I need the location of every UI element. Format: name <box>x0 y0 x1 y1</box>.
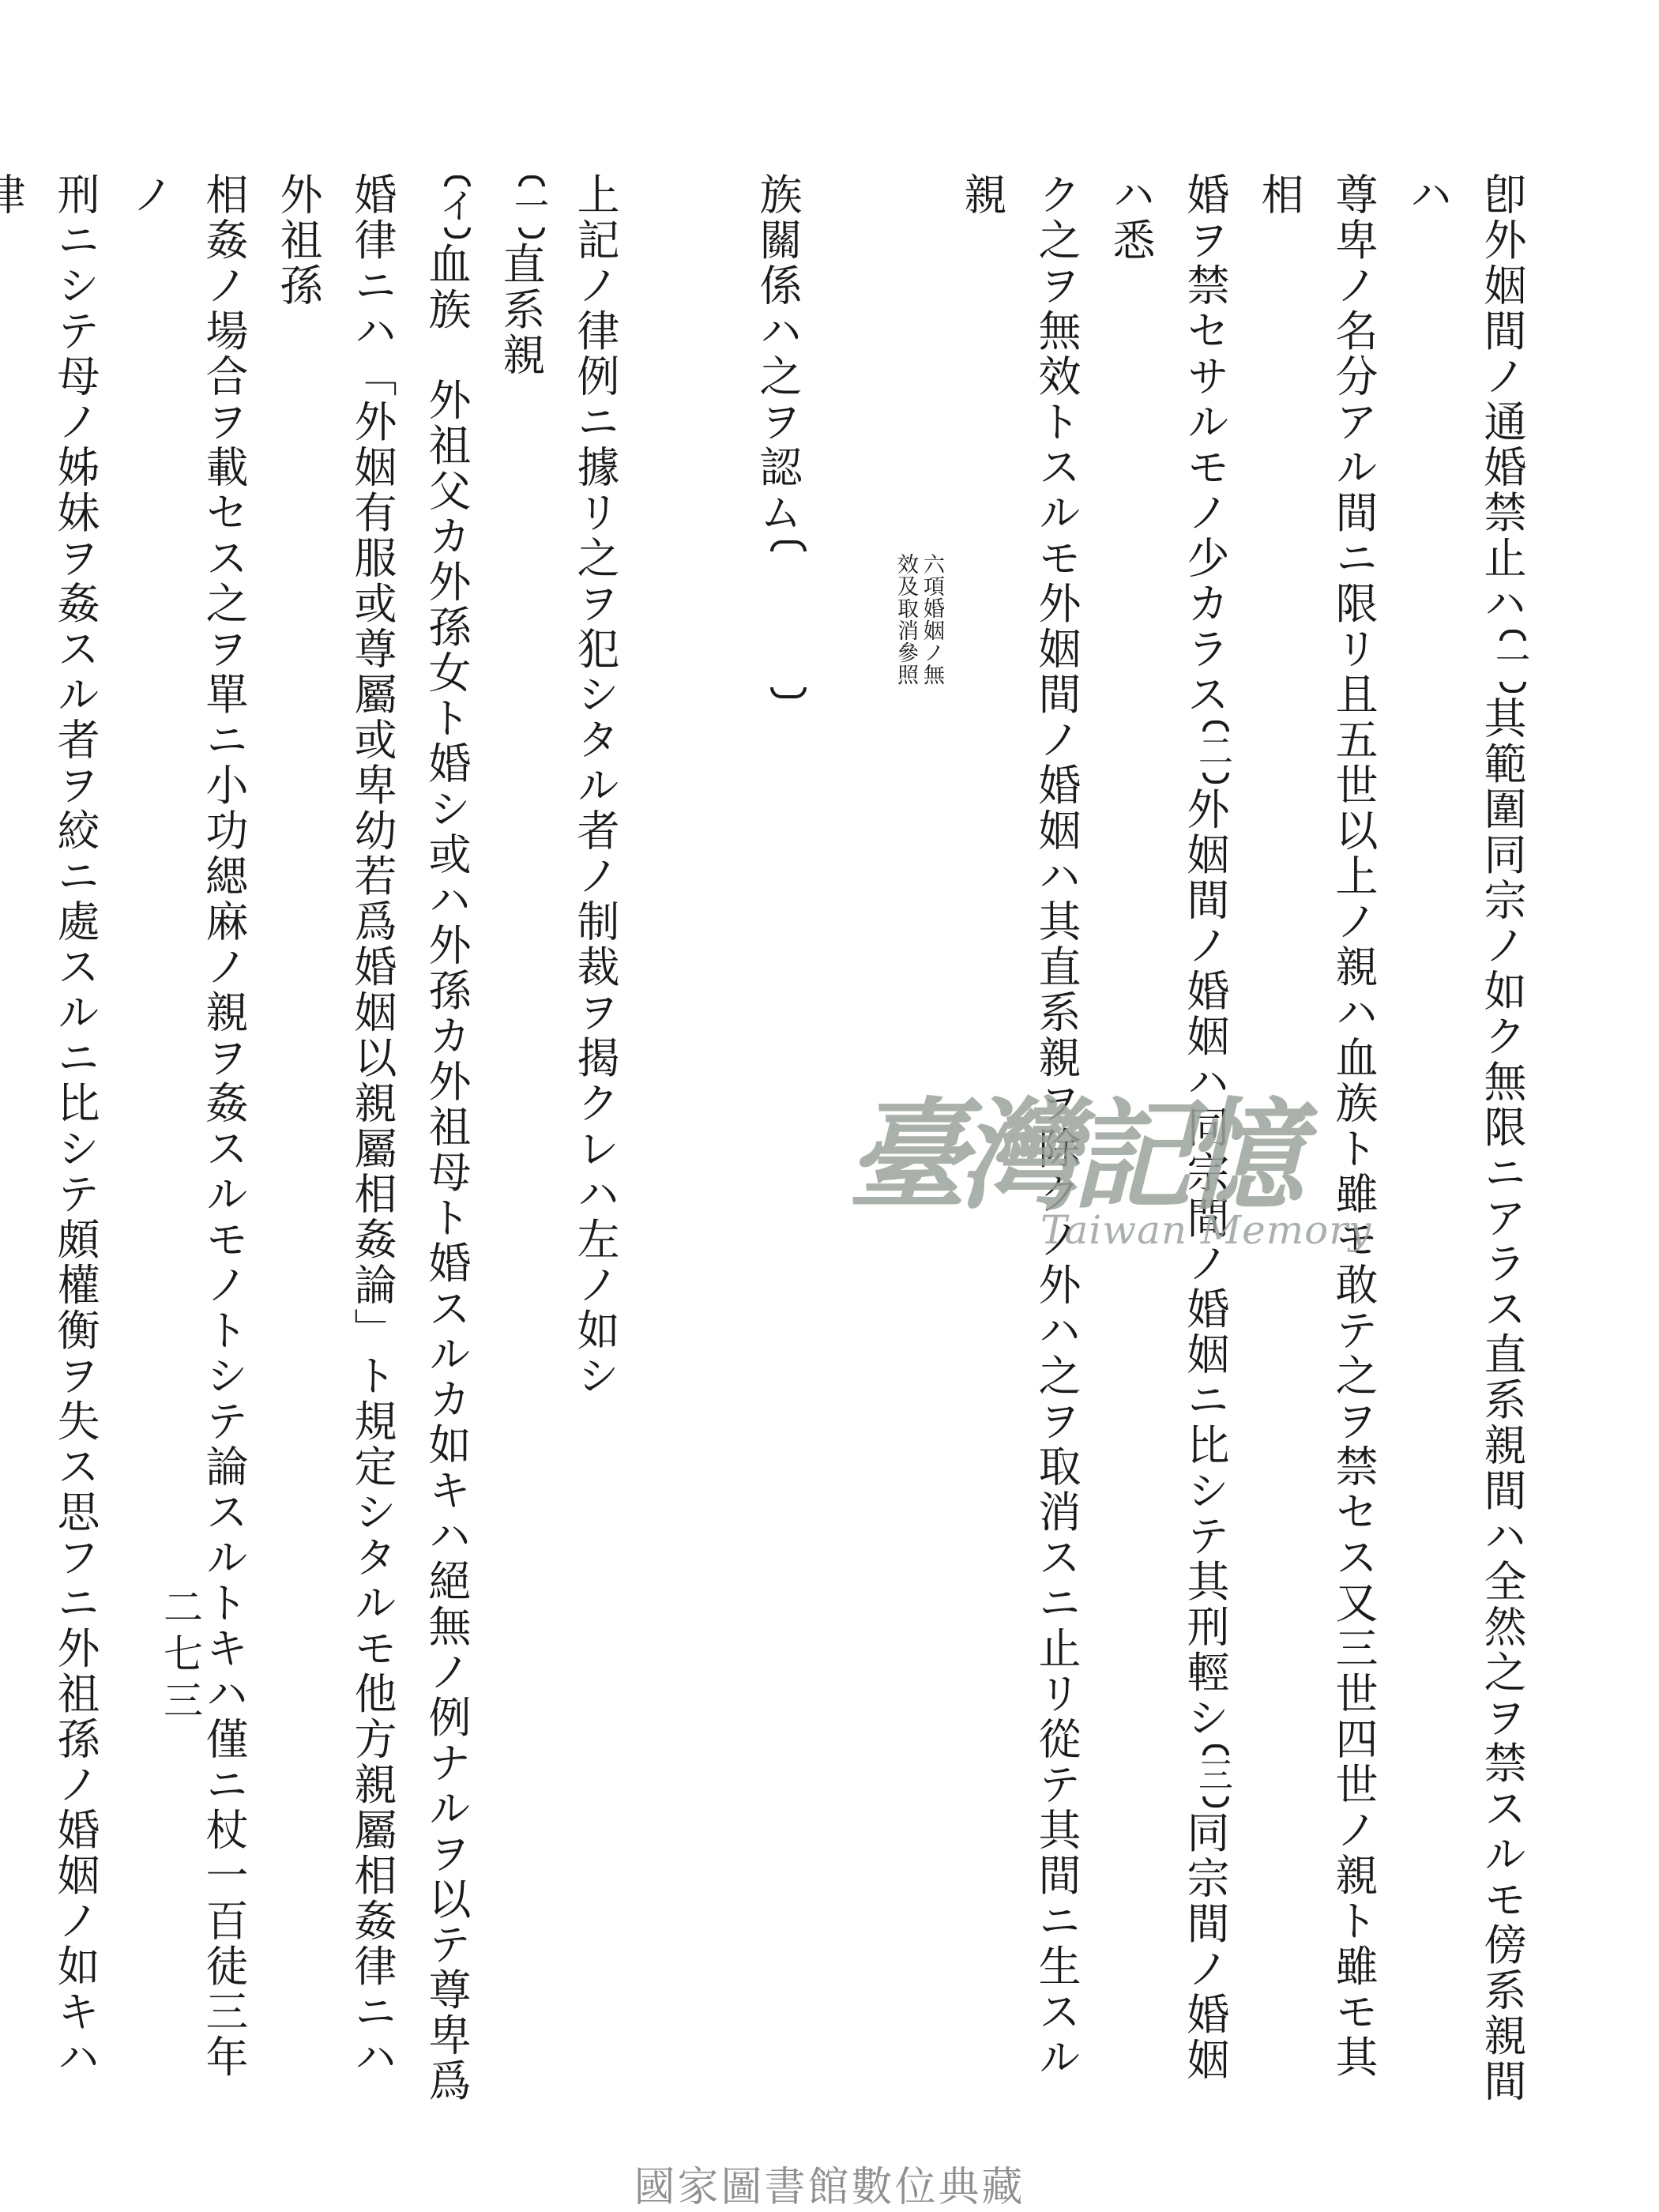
text-column-4: ク之ヲ無效トスルモ外姻間ノ婚姻ハ其直系親ヲ除クノ外ハ之ヲ取消スニ止リ從テ其間ニ生… <box>945 172 1093 2120</box>
parenthesized-number: 二 <box>1198 720 1233 784</box>
page-number: 二七三 <box>152 1586 209 1726</box>
text-column-1: 卽外姻間ノ通婚禁止ハ一其範圍同宗ノ如ク無限ニアラス直系親間ハ全然之ヲ禁スルモ傍系… <box>1390 172 1539 2120</box>
main-text-block: 卽外姻間ノ通婚禁止ハ一其範圍同宗ノ如ク無限ニアラス直系親間ハ全然之ヲ禁スルモ傍系… <box>0 172 1539 2120</box>
text-column-11: 刑ニシテ母ノ姊妹ヲ姦スル者ヲ絞ニ處スルニ比シテ頗權衡ヲ失ス思フニ外祖孫ノ婚姻ノ如… <box>0 172 112 2120</box>
interlinear-note: 六項婚姻ノ無效及取消參照 <box>632 540 945 698</box>
parenthesized-number: 一 <box>1495 630 1530 693</box>
text-column-10: 相姦ノ場合ヲ載セス之ヲ單ニ小功緦麻ノ親ヲ姦スルモノトシテ論スルトキハ僅ニ杖一百徒… <box>112 172 261 2120</box>
text-column-5: 族關係ハ之ヲ認ム六項婚姻ノ無效及取消參照 <box>632 172 945 2120</box>
text-column-3: 婚ヲ禁セサルモノ少カラス二外姻間ノ婚姻ハ同宗間ノ婚姻ニ比シテ其刑輕シ三同宗間ノ婚… <box>1093 172 1242 2120</box>
text-column-6: 上記ノ律例ニ據リ之ヲ犯シタル者ノ制裁ヲ揭クレハ左ノ如シ <box>558 172 632 2120</box>
text-column-8: イ血族外祖父カ外孫女ト婚シ或ハ外孫カ外祖母ト婚スルカ如キハ絕無ノ例ナルヲ以テ尊卑… <box>409 172 483 2120</box>
scanned-page: 卽外姻間ノ通婚禁止ハ一其範圍同宗ノ如ク無限ニアラス直系親間ハ全然之ヲ禁スルモ傍系… <box>0 0 1659 2212</box>
parenthesized-number: 一 <box>514 175 549 239</box>
parenthesized-number: イ <box>440 175 475 239</box>
library-footer: 國家圖書館數位典藏 <box>634 2154 1025 2212</box>
parenthesized-number: 三 <box>1198 1744 1233 1808</box>
text-column-9: 婚律ニハ「外姻有服或尊屬或卑幼若爲婚姻以親屬相姦論」ト規定シタルモ他方親屬相姦律… <box>261 172 409 2120</box>
blank-cell <box>446 333 447 378</box>
text-column-2: 尊卑ノ名分アル間ニ限リ且五世以上ノ親ハ血族ト雖モ敢テ之ヲ禁セス又三世四世ノ親ト雖… <box>1242 172 1390 2120</box>
text-column-7: 一直系親 <box>483 172 558 2120</box>
